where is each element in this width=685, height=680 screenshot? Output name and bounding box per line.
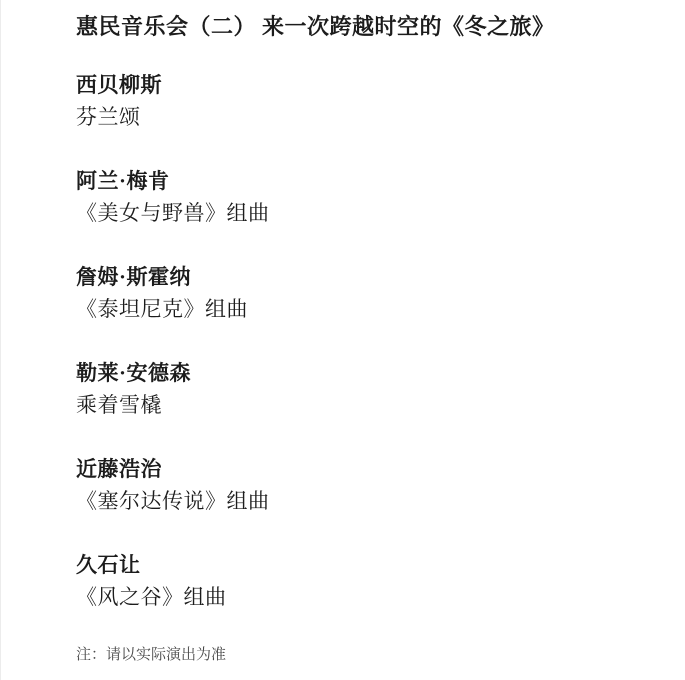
- composer-name: 詹姆·斯霍纳: [76, 261, 645, 293]
- piece-title: 《塞尔达传说》组曲: [76, 485, 645, 517]
- program-group: 詹姆·斯霍纳 《泰坦尼克》组曲: [76, 261, 645, 325]
- program-content: 惠民音乐会（二） 来一次跨越时空的《冬之旅》 西贝柳斯 芬兰颂 阿兰·梅肯 《美…: [1, 0, 685, 665]
- composer-name: 勒莱·安德森: [76, 357, 645, 389]
- piece-title: 《泰坦尼克》组曲: [76, 293, 645, 325]
- program-group: 西贝柳斯 芬兰颂: [76, 69, 645, 133]
- piece-title: 乘着雪橇: [76, 389, 645, 421]
- program-group: 久石让 《风之谷》组曲: [76, 549, 645, 613]
- program-page: 惠民音乐会（二） 来一次跨越时空的《冬之旅》 西贝柳斯 芬兰颂 阿兰·梅肯 《美…: [0, 0, 685, 680]
- composer-name: 久石让: [76, 549, 645, 581]
- page-title: 惠民音乐会（二） 来一次跨越时空的《冬之旅》: [76, 15, 645, 39]
- composer-name: 西贝柳斯: [76, 69, 645, 101]
- composer-name: 近藤浩治: [76, 453, 645, 485]
- program-group: 勒莱·安德森 乘着雪橇: [76, 357, 645, 421]
- piece-title: 《美女与野兽》组曲: [76, 197, 645, 229]
- piece-title: 芬兰颂: [76, 101, 645, 133]
- composer-name: 阿兰·梅肯: [76, 165, 645, 197]
- program-group: 近藤浩治 《塞尔达传说》组曲: [76, 453, 645, 517]
- piece-title: 《风之谷》组曲: [76, 581, 645, 613]
- note-text: 注：请以实际演出为准: [76, 645, 645, 665]
- program-group: 阿兰·梅肯 《美女与野兽》组曲: [76, 165, 645, 229]
